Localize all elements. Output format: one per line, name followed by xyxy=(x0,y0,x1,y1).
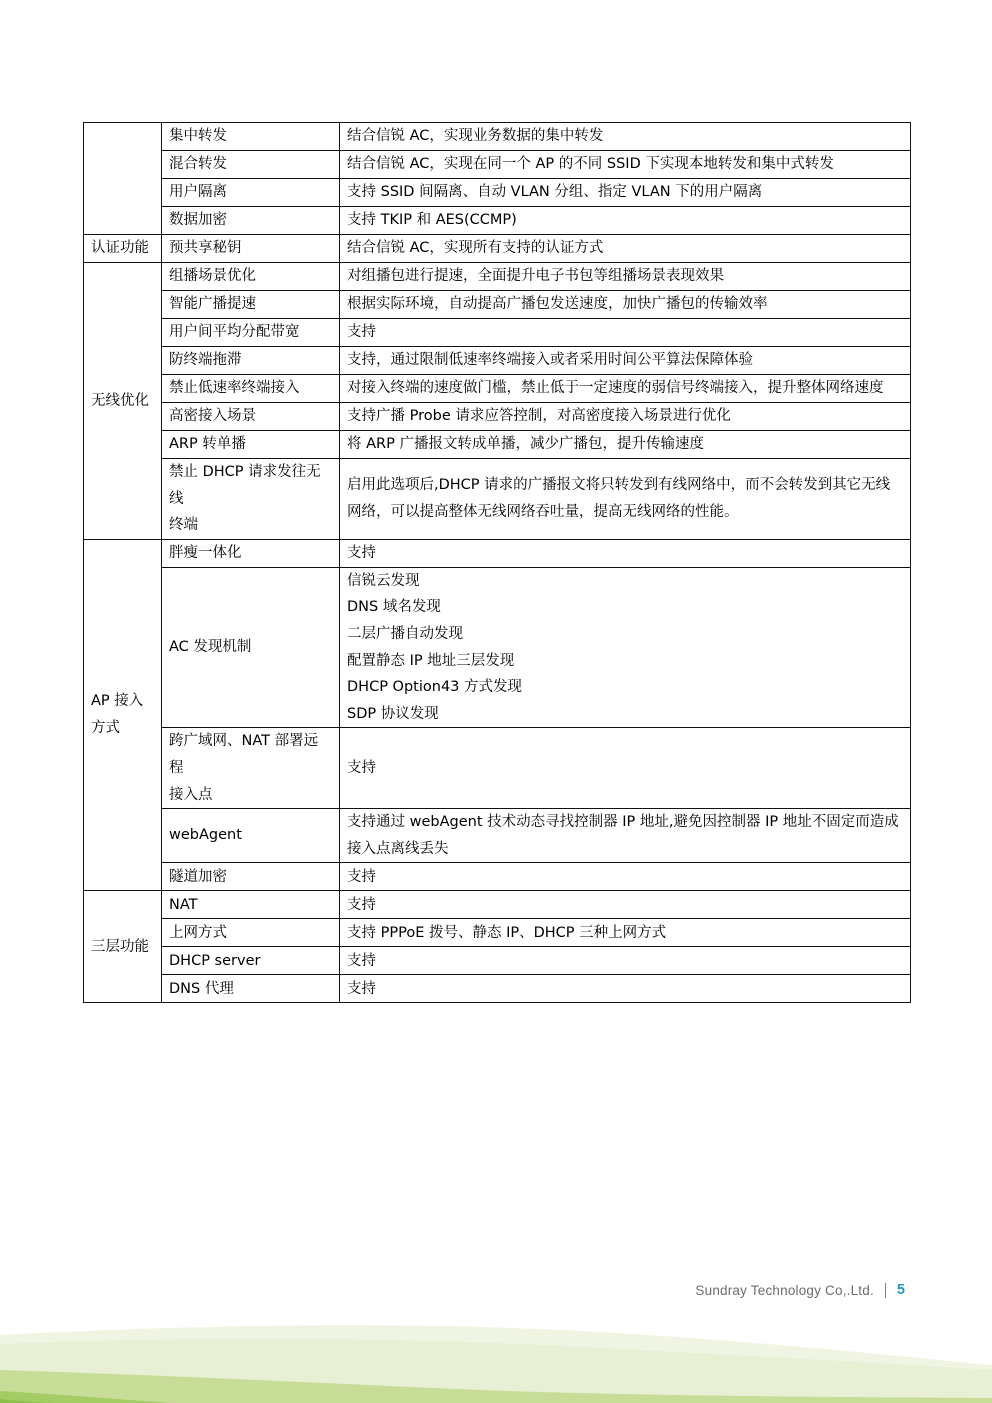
feature-text: 用户隔离 xyxy=(169,179,332,206)
feature-text: 用户间平均分配带宽 xyxy=(169,319,332,346)
feature-text: 隧道加密 xyxy=(169,864,332,891)
footer-wave-decoration xyxy=(0,1283,992,1403)
value-text: 根据实际环境，自动提高广播包发送速度，加快广播包的传输效率 xyxy=(347,291,903,318)
feature-text: DNS 代理 xyxy=(169,976,332,1003)
value-text: SDP 协议发现 xyxy=(347,701,903,728)
table-row: 三层功能NAT支持 xyxy=(84,891,911,919)
value-cell: 支持 xyxy=(340,319,911,347)
table-row: DNS 代理支持 xyxy=(84,975,911,1003)
value-text: 支持 PPPoE 拨号、静态 IP、DHCP 三种上网方式 xyxy=(347,920,903,947)
table-row: 高密接入场景支持广播 Probe 请求应答控制，对高密度接入场景进行优化 xyxy=(84,403,911,431)
value-text: 支持 xyxy=(347,319,903,346)
value-cell: 支持 TKIP 和 AES(CCMP) xyxy=(340,207,911,235)
table-row: AC 发现机制信锐云发现DNS 域名发现二层广播自动发现配置静态 IP 地址三层… xyxy=(84,567,911,728)
feature-cell: 跨广域网、NAT 部署远程接入点 xyxy=(162,728,340,809)
value-cell: 将 ARP 广播报文转成单播，减少广播包，提升传输速度 xyxy=(340,431,911,459)
table-row: 禁止低速率终端接入对接入终端的速度做门槛，禁止低于一定速度的弱信号终端接入，提升… xyxy=(84,375,911,403)
value-text: 网络，可以提高整体无线网络吞吐量，提高无线网络的性能。 xyxy=(347,499,903,526)
table-row: AP 接入方式胖瘦一体化支持 xyxy=(84,539,911,567)
feature-text: 高密接入场景 xyxy=(169,403,332,430)
feature-cell: 禁止 DHCP 请求发往无线终端 xyxy=(162,459,340,540)
feature-text: 预共享秘钥 xyxy=(169,235,332,262)
category-cell xyxy=(84,123,162,235)
feature-text: webAgent xyxy=(169,822,332,849)
feature-cell: 混合转发 xyxy=(162,151,340,179)
value-text: 支持，通过限制低速率终端接入或者采用时间公平算法保障体验 xyxy=(347,347,903,374)
spec-table-body: 集中转发结合信锐 AC，实现业务数据的集中转发混合转发结合信锐 AC，实现在同一… xyxy=(84,123,911,1003)
feature-text: 胖瘦一体化 xyxy=(169,540,332,567)
value-cell: 支持 xyxy=(340,975,911,1003)
value-cell: 支持 xyxy=(340,947,911,975)
feature-text: 禁止 DHCP 请求发往无线 xyxy=(169,459,332,512)
value-text: 支持 xyxy=(347,864,903,891)
value-text: 结合信锐 AC，实现所有支持的认证方式 xyxy=(347,235,903,262)
table-row: 跨广域网、NAT 部署远程接入点支持 xyxy=(84,728,911,809)
feature-text: 终端 xyxy=(169,512,332,539)
feature-text: 数据加密 xyxy=(169,207,332,234)
value-text: 支持通过 webAgent 技术动态寻找控制器 IP 地址,避免因控制器 IP … xyxy=(347,809,903,836)
value-text: 对组播包进行提速，全面提升电子书包等组播场景表现效果 xyxy=(347,263,903,290)
feature-text: 跨广域网、NAT 部署远程 xyxy=(169,728,332,781)
feature-text: 防终端拖滞 xyxy=(169,347,332,374)
table-row: 上网方式支持 PPPoE 拨号、静态 IP、DHCP 三种上网方式 xyxy=(84,919,911,947)
feature-cell: 防终端拖滞 xyxy=(162,347,340,375)
value-text: 结合信锐 AC，实现业务数据的集中转发 xyxy=(347,123,903,150)
category-cell: 认证功能 xyxy=(84,235,162,263)
value-text: 支持 xyxy=(347,948,903,975)
table-row: 认证功能预共享秘钥结合信锐 AC，实现所有支持的认证方式 xyxy=(84,235,911,263)
value-text: 信锐云发现 xyxy=(347,568,903,595)
table-row: 无线优化组播场景优化对组播包进行提速，全面提升电子书包等组播场景表现效果 xyxy=(84,263,911,291)
value-cell: 支持 xyxy=(340,728,911,809)
value-text: DNS 域名发现 xyxy=(347,594,903,621)
table-row: 用户隔离支持 SSID 间隔离、自动 VLAN 分组、指定 VLAN 下的用户隔… xyxy=(84,179,911,207)
category-text: AP 接入 xyxy=(91,688,154,715)
value-cell: 支持 xyxy=(340,863,911,891)
value-cell: 支持 xyxy=(340,539,911,567)
value-text: 对接入终端的速度做门槛，禁止低于一定速度的弱信号终端接入，提升整体网络速度 xyxy=(347,375,903,402)
feature-text: ARP 转单播 xyxy=(169,431,332,458)
feature-text: AC 发现机制 xyxy=(169,634,332,661)
value-text: 启用此选项后,DHCP 请求的广播报文将只转发到有线网络中，而不会转发到其它无线 xyxy=(347,472,903,499)
value-cell: 支持，通过限制低速率终端接入或者采用时间公平算法保障体验 xyxy=(340,347,911,375)
table-row: 防终端拖滞支持，通过限制低速率终端接入或者采用时间公平算法保障体验 xyxy=(84,347,911,375)
table-row: 集中转发结合信锐 AC，实现业务数据的集中转发 xyxy=(84,123,911,151)
feature-cell: NAT xyxy=(162,891,340,919)
feature-cell: 高密接入场景 xyxy=(162,403,340,431)
value-cell: 支持通过 webAgent 技术动态寻找控制器 IP 地址,避免因控制器 IP … xyxy=(340,809,911,863)
value-text: 配置静态 IP 地址三层发现 xyxy=(347,648,903,675)
category-text: 无线优化 xyxy=(91,388,154,415)
feature-cell: 预共享秘钥 xyxy=(162,235,340,263)
value-cell: 支持 PPPoE 拨号、静态 IP、DHCP 三种上网方式 xyxy=(340,919,911,947)
value-cell: 根据实际环境，自动提高广播包发送速度，加快广播包的传输效率 xyxy=(340,291,911,319)
feature-cell: 组播场景优化 xyxy=(162,263,340,291)
feature-cell: ARP 转单播 xyxy=(162,431,340,459)
table-row: ARP 转单播将 ARP 广播报文转成单播，减少广播包，提升传输速度 xyxy=(84,431,911,459)
value-cell: 对接入终端的速度做门槛，禁止低于一定速度的弱信号终端接入，提升整体网络速度 xyxy=(340,375,911,403)
category-text: 三层功能 xyxy=(91,934,154,961)
value-text: 支持广播 Probe 请求应答控制，对高密度接入场景进行优化 xyxy=(347,403,903,430)
feature-text: 智能广播提速 xyxy=(169,291,332,318)
category-cell: 三层功能 xyxy=(84,891,162,1003)
category-cell: 无线优化 xyxy=(84,263,162,540)
feature-text: 混合转发 xyxy=(169,151,332,178)
value-text: 支持 TKIP 和 AES(CCMP) xyxy=(347,207,903,234)
value-cell: 支持 SSID 间隔离、自动 VLAN 分组、指定 VLAN 下的用户隔离 xyxy=(340,179,911,207)
table-row: 数据加密支持 TKIP 和 AES(CCMP) xyxy=(84,207,911,235)
feature-text: 上网方式 xyxy=(169,920,332,947)
feature-cell: webAgent xyxy=(162,809,340,863)
feature-cell: 数据加密 xyxy=(162,207,340,235)
category-cell: AP 接入方式 xyxy=(84,539,162,891)
value-text: 支持 xyxy=(347,755,903,782)
table-row: DHCP server支持 xyxy=(84,947,911,975)
value-cell: 支持 xyxy=(340,891,911,919)
value-text: 支持 xyxy=(347,892,903,919)
spec-table: 集中转发结合信锐 AC，实现业务数据的集中转发混合转发结合信锐 AC，实现在同一… xyxy=(83,122,911,1003)
table-row: webAgent支持通过 webAgent 技术动态寻找控制器 IP 地址,避免… xyxy=(84,809,911,863)
feature-cell: DNS 代理 xyxy=(162,975,340,1003)
value-cell: 对组播包进行提速，全面提升电子书包等组播场景表现效果 xyxy=(340,263,911,291)
feature-text: 禁止低速率终端接入 xyxy=(169,375,332,402)
value-text: 支持 SSID 间隔离、自动 VLAN 分组、指定 VLAN 下的用户隔离 xyxy=(347,179,903,206)
feature-text: 集中转发 xyxy=(169,123,332,150)
value-cell: 信锐云发现DNS 域名发现二层广播自动发现配置静态 IP 地址三层发现DHCP … xyxy=(340,567,911,728)
feature-text: 接入点 xyxy=(169,782,332,809)
feature-text: NAT xyxy=(169,892,332,919)
table-row: 禁止 DHCP 请求发往无线终端启用此选项后,DHCP 请求的广播报文将只转发到… xyxy=(84,459,911,540)
value-text: 支持 xyxy=(347,976,903,1003)
feature-text: DHCP server xyxy=(169,948,332,975)
feature-text: 组播场景优化 xyxy=(169,263,332,290)
value-cell: 结合信锐 AC，实现业务数据的集中转发 xyxy=(340,123,911,151)
feature-cell: 隧道加密 xyxy=(162,863,340,891)
value-text: 二层广播自动发现 xyxy=(347,621,903,648)
feature-cell: AC 发现机制 xyxy=(162,567,340,728)
table-row: 混合转发结合信锐 AC，实现在同一个 AP 的不同 SSID 下实现本地转发和集… xyxy=(84,151,911,179)
table-row: 智能广播提速根据实际环境，自动提高广播包发送速度，加快广播包的传输效率 xyxy=(84,291,911,319)
table-row: 隧道加密支持 xyxy=(84,863,911,891)
feature-cell: 用户隔离 xyxy=(162,179,340,207)
feature-cell: 用户间平均分配带宽 xyxy=(162,319,340,347)
feature-cell: 上网方式 xyxy=(162,919,340,947)
value-cell: 结合信锐 AC，实现所有支持的认证方式 xyxy=(340,235,911,263)
feature-cell: 集中转发 xyxy=(162,123,340,151)
value-text: DHCP Option43 方式发现 xyxy=(347,674,903,701)
value-cell: 支持广播 Probe 请求应答控制，对高密度接入场景进行优化 xyxy=(340,403,911,431)
value-text: 支持 xyxy=(347,540,903,567)
feature-cell: 智能广播提速 xyxy=(162,291,340,319)
category-text: 认证功能 xyxy=(91,235,154,262)
feature-cell: 禁止低速率终端接入 xyxy=(162,375,340,403)
document-page: 集中转发结合信锐 AC，实现业务数据的集中转发混合转发结合信锐 AC，实现在同一… xyxy=(0,0,992,1403)
table-row: 用户间平均分配带宽支持 xyxy=(84,319,911,347)
value-text: 将 ARP 广播报文转成单播，减少广播包，提升传输速度 xyxy=(347,431,903,458)
feature-cell: DHCP server xyxy=(162,947,340,975)
feature-cell: 胖瘦一体化 xyxy=(162,539,340,567)
value-cell: 结合信锐 AC，实现在同一个 AP 的不同 SSID 下实现本地转发和集中式转发 xyxy=(340,151,911,179)
value-cell: 启用此选项后,DHCP 请求的广播报文将只转发到有线网络中，而不会转发到其它无线… xyxy=(340,459,911,540)
value-text: 接入点离线丢失 xyxy=(347,836,903,863)
value-text: 结合信锐 AC，实现在同一个 AP 的不同 SSID 下实现本地转发和集中式转发 xyxy=(347,151,903,178)
category-text: 方式 xyxy=(91,715,154,742)
